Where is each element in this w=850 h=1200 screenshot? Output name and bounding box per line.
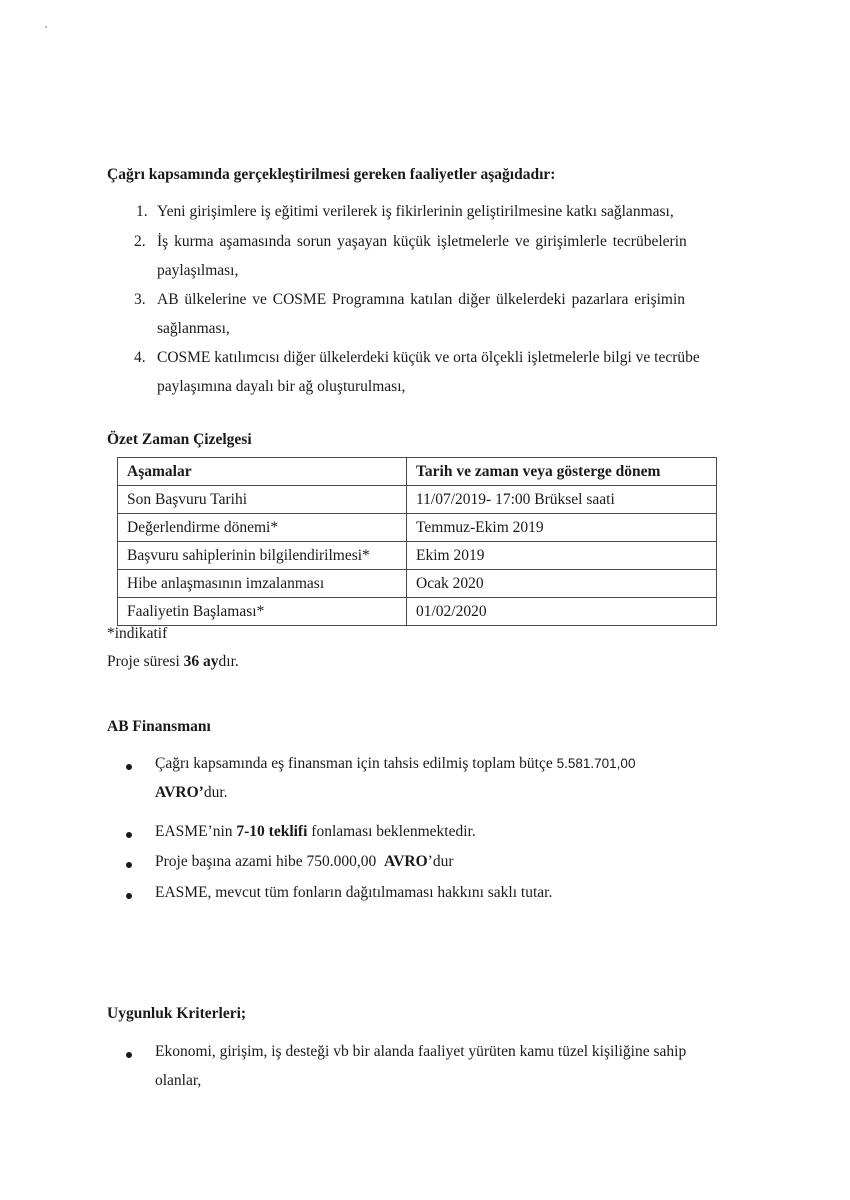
list-text: Proje başına azami hibe 750.000,00 AVRO’… <box>155 853 453 871</box>
list-number: 4. <box>134 349 146 367</box>
column-header: Aşamalar <box>118 458 407 486</box>
table-cell: Son Başvuru Tarihi <box>118 486 407 514</box>
duration-value: 36 ay <box>184 653 219 670</box>
bullet-icon <box>126 893 132 899</box>
table-cell: Faaliyetin Başlaması* <box>118 598 407 626</box>
eligibility-heading: Uygunluk Kriterleri; <box>107 1005 246 1023</box>
table-cell: Ekim 2019 <box>407 542 717 570</box>
budget-suffix: dur. <box>204 784 228 801</box>
list-text: İş kurma aşamasında sorun yaşayan küçük … <box>157 233 687 251</box>
budget-text: Çağrı kapsamında eş finansman için tahsi… <box>155 755 557 772</box>
footnote: *indikatif <box>107 625 167 643</box>
table-cell: Ocak 2020 <box>407 570 717 598</box>
list-number: 1. <box>136 203 148 221</box>
bullet-icon <box>126 832 132 838</box>
list-text: sağlanması, <box>157 320 230 338</box>
currency-label: AVRO <box>384 853 428 870</box>
schedule-heading: Özet Zaman Çizelgesi <box>107 431 252 449</box>
table-cell: Temmuz-Ekim 2019 <box>407 514 717 542</box>
table-row: Son Başvuru Tarihi 11/07/2019- 17:00 Brü… <box>118 486 717 514</box>
text-part: fonlaması beklenmektedir. <box>307 823 475 840</box>
list-number: 3. <box>134 291 146 309</box>
table-cell: 11/07/2019- 17:00 Brüksel saati <box>407 486 717 514</box>
list-text: paylaşımına dayalı bir ağ oluşturulması, <box>157 378 405 396</box>
list-text: Ekonomi, girişim, iş desteği vb bir alan… <box>155 1043 686 1061</box>
bullet-icon <box>126 862 132 868</box>
list-text: EASME’nin 7-10 teklifi fonlaması beklenm… <box>155 823 476 841</box>
list-text: AB ülkelerine ve COSME Programına katıla… <box>157 291 685 309</box>
table-cell: 01/02/2020 <box>407 598 717 626</box>
table-header-row: Aşamalar Tarih ve zaman veya gösterge dö… <box>118 458 717 486</box>
table-row: Hibe anlaşmasının imzalanması Ocak 2020 <box>118 570 717 598</box>
table-row: Faaliyetin Başlaması* 01/02/2020 <box>118 598 717 626</box>
project-duration: Proje süresi 36 aydır. <box>107 653 239 671</box>
column-header: Tarih ve zaman veya gösterge dönem <box>407 458 717 486</box>
activities-heading: Çağrı kapsamında gerçekleştirilmesi gere… <box>107 166 555 184</box>
text-part: Proje başına azami hibe 750.000,00 <box>155 853 384 870</box>
table-row: Değerlendirme dönemi* Temmuz-Ekim 2019 <box>118 514 717 542</box>
text-part: ’dur <box>428 853 454 870</box>
list-number: 2. <box>134 233 146 251</box>
list-text: Yeni girişimlere iş eğitimi verilerek iş… <box>157 203 674 221</box>
schedule-table: Aşamalar Tarih ve zaman veya gösterge dö… <box>117 457 717 626</box>
currency-label: AVRO’ <box>155 784 204 801</box>
bullet-icon <box>126 764 132 770</box>
list-text: AVRO’dur. <box>155 784 228 802</box>
table-row: Başvuru sahiplerinin bilgilendirilmesi* … <box>118 542 717 570</box>
bullet-icon <box>126 1052 132 1058</box>
text-part: EASME’nin <box>155 823 236 840</box>
funding-heading: AB Finansmanı <box>107 718 211 736</box>
list-text: Çağrı kapsamında eş finansman için tahsi… <box>155 755 635 773</box>
scan-speck <box>45 26 47 28</box>
list-text: paylaşılması, <box>157 262 238 280</box>
table-cell: Hibe anlaşmasının imzalanması <box>118 570 407 598</box>
list-text: EASME, mevcut tüm fonların dağıtılmaması… <box>155 884 552 902</box>
duration-prefix: Proje süresi <box>107 653 184 670</box>
table-cell: Değerlendirme dönemi* <box>118 514 407 542</box>
list-text: olanlar, <box>155 1072 201 1090</box>
budget-amount: 5.581.701,00 <box>557 756 636 771</box>
duration-suffix: dır. <box>219 653 239 670</box>
proposal-count: 7-10 teklifi <box>236 823 307 840</box>
list-text: COSME katılımcısı diğer ülkelerdeki küçü… <box>157 349 700 367</box>
table-cell: Başvuru sahiplerinin bilgilendirilmesi* <box>118 542 407 570</box>
